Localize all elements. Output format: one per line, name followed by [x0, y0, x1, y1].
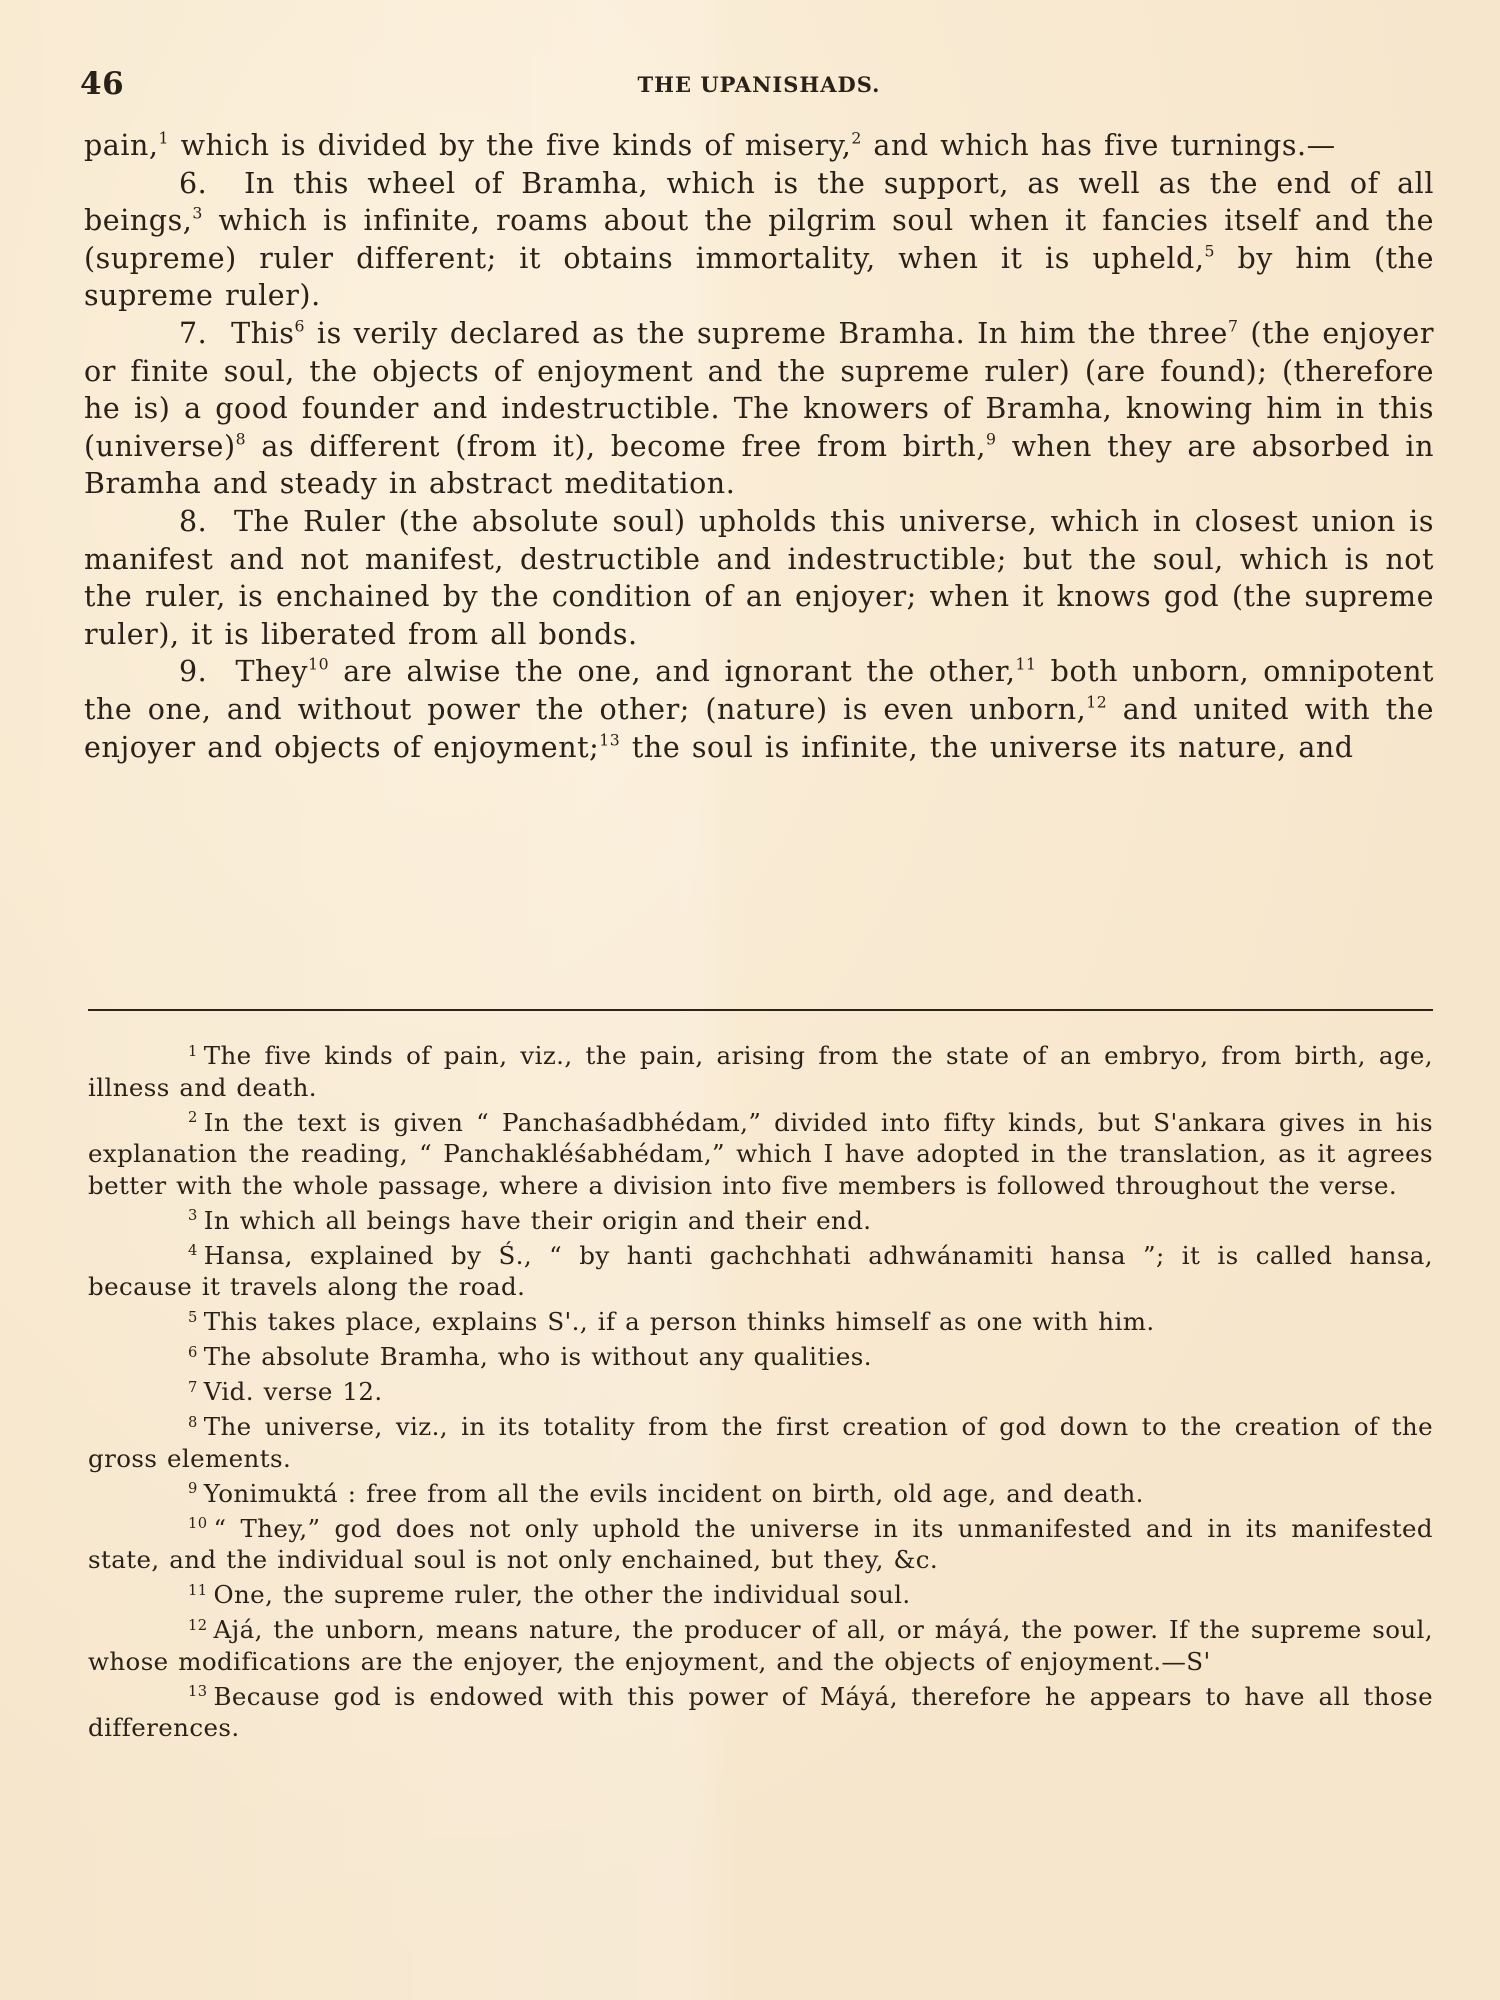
footnote-number: 13 [188, 1683, 208, 1700]
footnote-ref[interactable]: 12 [1086, 692, 1107, 711]
footnote-5: 5This takes place, explains S'., if a pe… [88, 1306, 1433, 1338]
footnote-ref[interactable]: 11 [1016, 655, 1037, 674]
verse-number: 6. [179, 167, 207, 200]
footnote-6: 6The absolute Bramha, who is without any… [88, 1341, 1433, 1373]
footnote-ref[interactable]: 3 [192, 203, 203, 222]
footnote-number: 9 [188, 1480, 198, 1497]
footnote-10: 10“ They,” god does not only uphold the … [88, 1513, 1433, 1576]
verse-number: 7. [179, 317, 207, 350]
footnote-number: 3 [188, 1207, 198, 1224]
verse-9: 9. They10 are alwise the one, and ignora… [84, 653, 1434, 766]
footnote-number: 4 [188, 1242, 198, 1259]
footnote-number: 5 [188, 1309, 198, 1326]
footnote-7: 7Vid. verse 12. [88, 1376, 1433, 1408]
footnote-ref[interactable]: 8 [236, 429, 247, 448]
footnote-number: 2 [188, 1109, 198, 1126]
footnote-ref[interactable]: 7 [1228, 316, 1239, 335]
footnote-ref[interactable]: 1 [159, 128, 170, 147]
verse-6: 6. In this wheel of Bramha, which is the… [84, 165, 1434, 315]
footnote-2: 2In the text is given “ Panchaśadbhédam,… [88, 1107, 1433, 1202]
footnote-divider [88, 1009, 1433, 1011]
verse-number: 8. [179, 505, 207, 538]
book-page: 46 THE UPANISHADS. pain,1 which is divid… [0, 0, 1500, 2000]
footnote-number: 10 [188, 1515, 208, 1532]
verse-8: 8. The Ruler (the absolute soul) upholds… [84, 503, 1434, 653]
verse-number: 9. [179, 655, 207, 688]
main-text: pain,1 which is divided by the five kind… [84, 127, 1434, 766]
running-head: 46 THE UPANISHADS. [80, 66, 1438, 106]
footnote-number: 8 [188, 1414, 198, 1431]
footnote-ref[interactable]: 10 [308, 655, 329, 674]
footnote-ref[interactable]: 9 [986, 429, 997, 448]
footnote-12: 12Ajá, the unborn, means nature, the pro… [88, 1614, 1433, 1677]
footnote-ref[interactable]: 6 [294, 316, 305, 335]
footnote-3: 3In which all beings have their origin a… [88, 1205, 1433, 1237]
footnote-1: 1The five kinds of pain, viz., the pain,… [88, 1040, 1433, 1103]
footnote-ref[interactable]: 2 [851, 128, 862, 147]
running-title: THE UPANISHADS. [80, 72, 1438, 97]
footnote-13: 13Because god is endowed with this power… [88, 1681, 1433, 1744]
continuation-paragraph: pain,1 which is divided by the five kind… [84, 127, 1434, 165]
footnote-number: 6 [188, 1344, 198, 1361]
footnote-9: 9Yonimuktá : free from all the evils inc… [88, 1478, 1433, 1510]
footnote-number: 12 [188, 1617, 208, 1634]
footnote-11: 11One, the supreme ruler, the other the … [88, 1579, 1433, 1611]
footnote-number: 11 [188, 1582, 208, 1599]
footnote-number: 1 [188, 1043, 198, 1060]
footnote-number: 7 [188, 1379, 198, 1396]
footnote-8: 8The universe, viz., in its totality fro… [88, 1411, 1433, 1474]
footnote-ref[interactable]: 5 [1204, 241, 1215, 260]
footnote-4: 4Hansa, explained by Ś., “ by hanti gach… [88, 1240, 1433, 1303]
footnotes: 1The five kinds of pain, viz., the pain,… [88, 1040, 1433, 1747]
footnote-ref[interactable]: 13 [599, 730, 620, 749]
verse-7: 7. This6 is verily declared as the supre… [84, 315, 1434, 503]
